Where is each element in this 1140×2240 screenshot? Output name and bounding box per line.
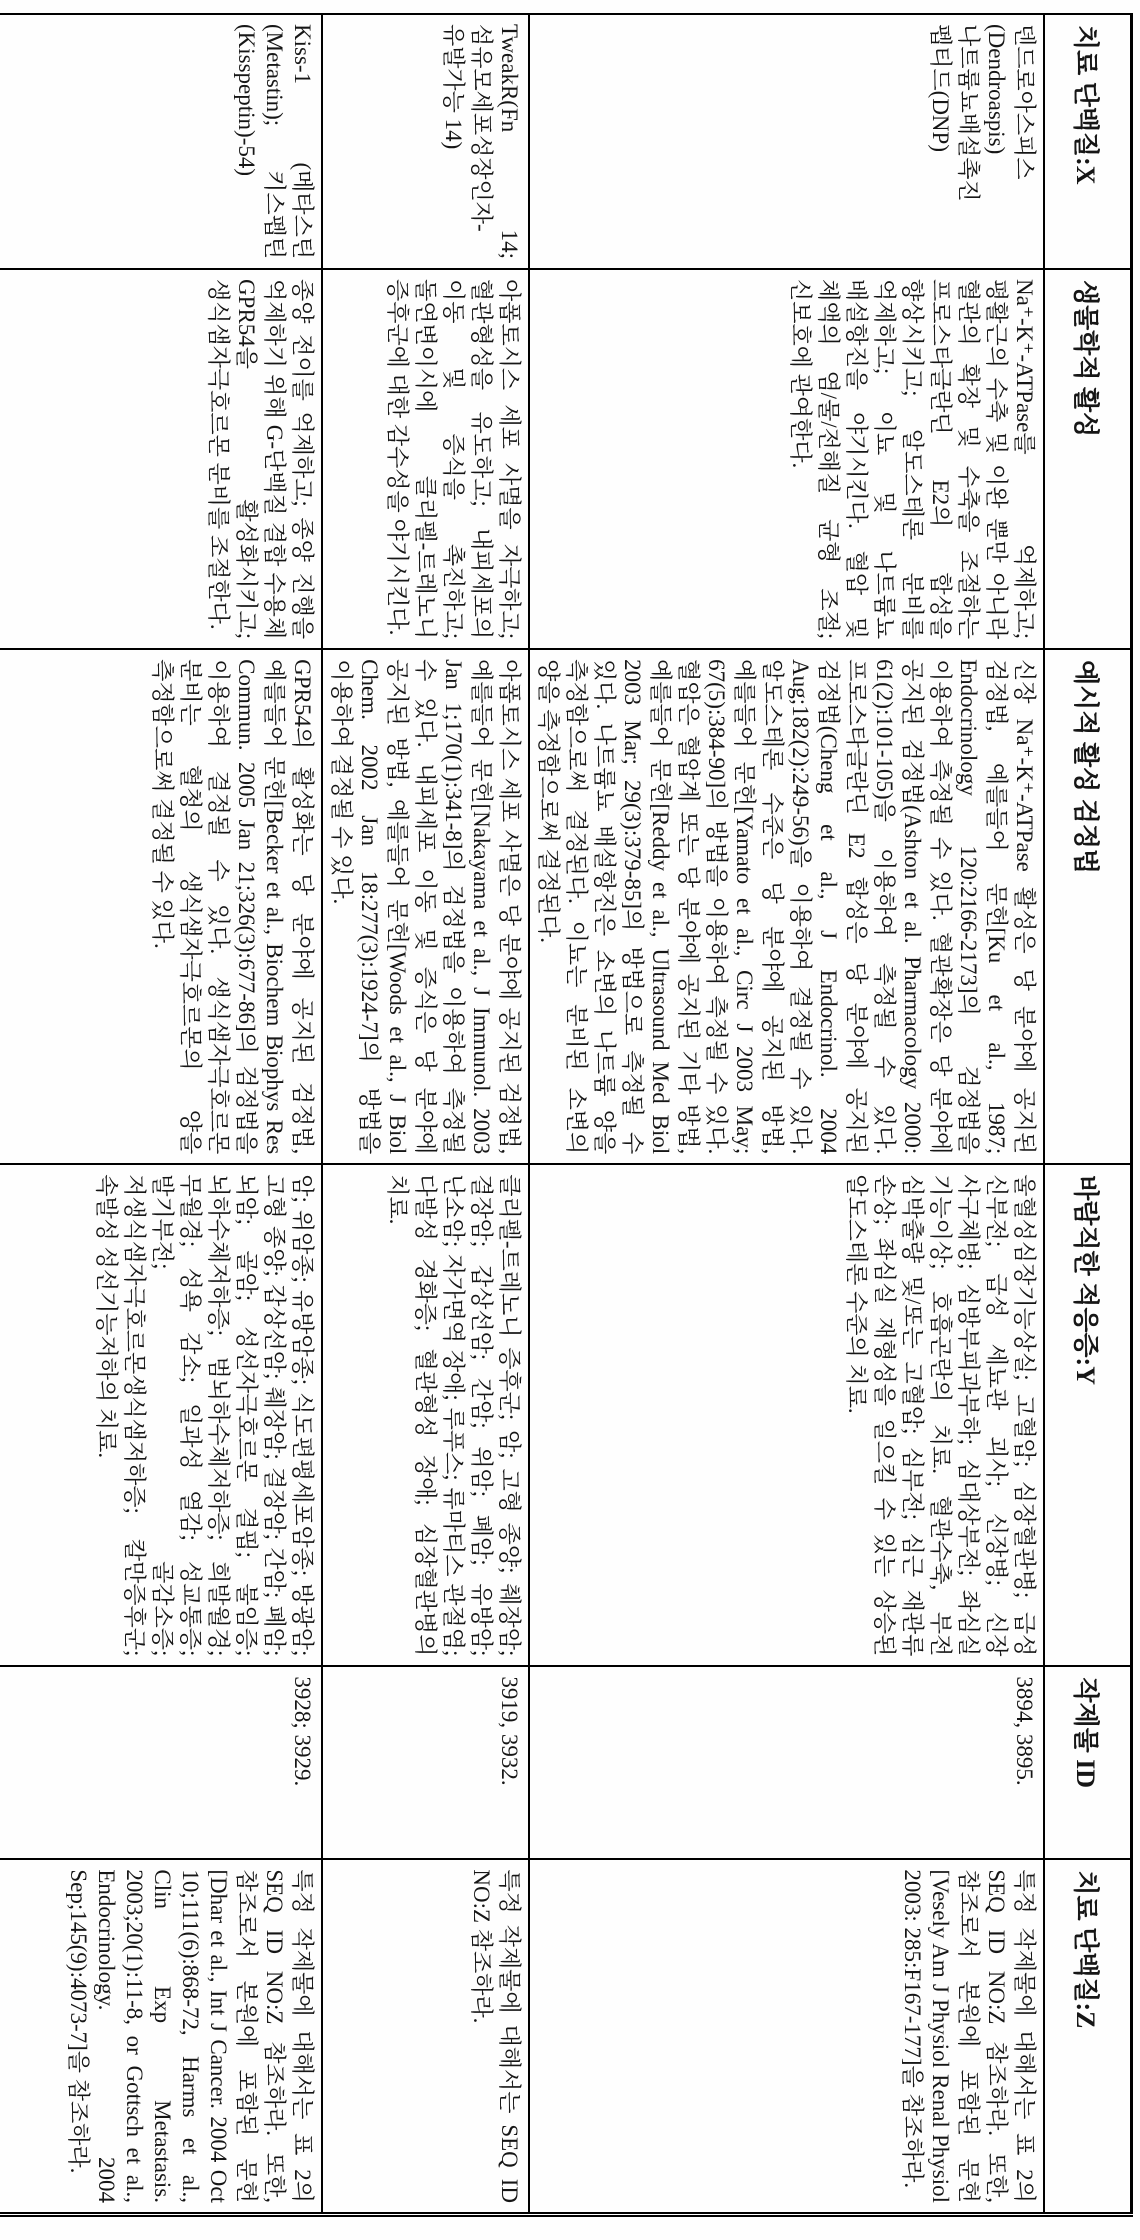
column-header-protein-z: 치료 단백질:Z [1045, 1859, 1132, 2214]
therapeutic-protein-table: 치료 단백질:X 생물학적 활성 예시적 활성 검정법 바람직한 적응증:Y 작… [0, 13, 1133, 2217]
table-row-dnp: 덴드로아스피스(Dendroaspis) 나트륨뇨배설촉진 펩티드(DNP) N… [530, 14, 1045, 2215]
column-header-indications: 바람직한 적응증:Y [1045, 1164, 1132, 1666]
cell-tweakr-protein-x: TweakR(Fn 14; 섬유모세포성장인자-유발가능 14) [323, 14, 530, 269]
cell-kiss1-protein-z: 특정 작제물에 대해서는 표 2의 SEQ ID NO:Z 참조하라. 또한, … [0, 1859, 323, 2214]
document-page: 치료 단백질:X 생물학적 활성 예시적 활성 검정법 바람직한 적응증:Y 작… [0, 0, 1140, 2240]
column-header-assay: 예시적 활성 검정법 [1045, 649, 1132, 1164]
cell-dnp-assay: 신장 Na⁺-K⁺-ATPase 활성은 당 분야에 공지된 검정법, 예를들어… [530, 649, 1045, 1164]
cell-tweakr-indications: 클리펠-트레노니 증후군; 암; 고형 종양; 췌장암; 결장암; 갑상선암; … [323, 1164, 530, 1666]
cell-dnp-protein-z: 특정 작제물에 대해서는 표 2의 SEQ ID NO:Z 참조하라. 또한, … [530, 1859, 1045, 2214]
cell-kiss1-assay: GPR54의 활성화는 당 분야에 공지된 검정법, 예를들어 문헌[Becke… [0, 649, 323, 1164]
column-header-biological-activity: 생물학적 활성 [1045, 269, 1132, 649]
cell-dnp-indications: 울혈성심장기능상실; 고혈압; 심장혈관병; 급성 신부전; 급성 세뇨관 괴사… [530, 1164, 1045, 1666]
cell-tweakr-construct-id: 3919, 3932. [323, 1666, 530, 1859]
table-row-kiss1: Kiss-1 (메타스틴(Metastin); 키스펩틴(Kisspeptin)… [0, 14, 323, 2215]
cell-tweakr-assay: 아폽토시스 세포 사멸은 당 분야에 공지된 검정법, 예를들어 문헌[Naka… [323, 649, 530, 1164]
cell-dnp-construct-id: 3894, 3895. [530, 1666, 1045, 1859]
column-header-protein-x: 치료 단백질:X [1045, 14, 1132, 269]
cell-dnp-protein-x: 덴드로아스피스(Dendroaspis) 나트륨뇨배설촉진 펩티드(DNP) [530, 14, 1045, 269]
table-row-tweakr: TweakR(Fn 14; 섬유모세포성장인자-유발가능 14) 아폽토시스 세… [323, 14, 530, 2215]
scanned-sheet-rotated: 치료 단백질:X 생물학적 활성 예시적 활성 검정법 바람직한 적응증:Y 작… [0, 0, 1140, 2240]
cell-dnp-biological-activity: Na⁺-K⁺-ATPase를 억제하고; 평활근의 수축 및 이완 뿐만 아니라… [530, 269, 1045, 649]
cell-kiss1-biological-activity: 종양 전이를 억제하고; 종양 진행을 억제하기 위해 G-단백질 결합 수용체… [0, 269, 323, 649]
column-header-construct-id: 작제물 ID [1045, 1666, 1132, 1859]
cell-kiss1-construct-id: 3928; 3929. [0, 1666, 323, 1859]
cell-tweakr-protein-z: 특정 작제물에 대해서는 SEQ ID NO:Z 참조하라. [323, 1859, 530, 2214]
cell-kiss1-indications: 암; 위암종; 유방암종; 식도편평세포암종; 방광암; 고형 종양; 갑상선암… [0, 1164, 323, 1666]
cell-kiss1-protein-x: Kiss-1 (메타스틴(Metastin); 키스펩틴(Kisspeptin)… [0, 14, 323, 269]
table-header-row: 치료 단백질:X 생물학적 활성 예시적 활성 검정법 바람직한 적응증:Y 작… [1045, 14, 1132, 2215]
cell-tweakr-biological-activity: 아폽토시스 세포 사멸을 자극하고; 혈관형성을 유도하고; 내피세포의 이동 … [323, 269, 530, 649]
